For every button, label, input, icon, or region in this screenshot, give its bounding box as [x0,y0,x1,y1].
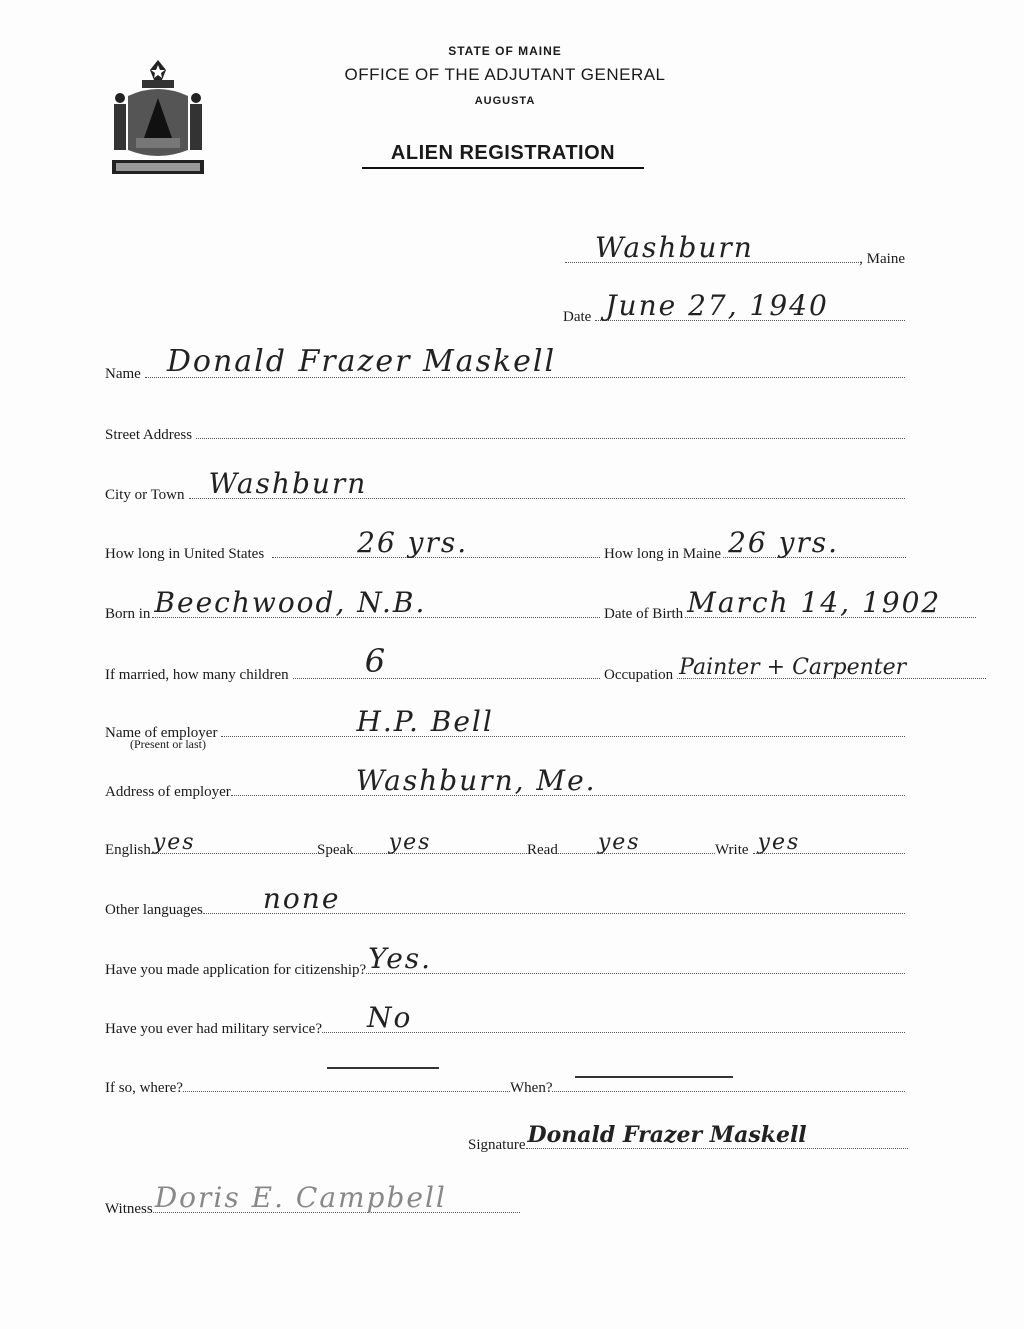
read-label: Read [527,842,558,859]
place-value: Washburn [595,231,754,264]
employer-address-value: Washburn, Me. [356,764,597,797]
occupation-field[interactable]: Occupation Painter + Carpenter [604,658,986,684]
military-service-value: No [367,1001,412,1034]
english-field[interactable]: English yes [105,833,317,859]
city-value: Washburn [209,467,368,500]
date-value: June 27, 1940 [605,289,828,322]
other-languages-label: Other languages [105,902,203,919]
citizenship-field[interactable]: Have you made application for citizenshi… [105,953,905,979]
place-suffix: , Maine [859,251,905,268]
date-label: Date [563,309,591,326]
english-value: yes [153,830,196,855]
when-dash-mark [575,1076,733,1078]
born-in-label: Born in [105,606,150,623]
name-label: Name [105,366,141,383]
other-languages-value: none [263,882,341,915]
employer-address-label: Address of employer [105,784,231,801]
employer-name-sublabel: (Present or last) [130,737,206,752]
speak-field[interactable]: Speak yes [317,833,527,859]
other-languages-field[interactable]: Other languages none [105,893,905,919]
where-dash-mark [327,1067,439,1069]
occupation-label: Occupation [604,667,673,684]
employer-address-field[interactable]: Address of employer Washburn, Me. [105,775,905,801]
witness-field[interactable]: Witness Doris E. Campbell [105,1192,520,1218]
born-in-field[interactable]: Born in Beechwood, N.B. [105,597,600,623]
name-value: Donald Frazer Maskell [167,344,556,379]
date-field[interactable]: Date June 27, 1940 [563,300,905,326]
street-address-field[interactable]: Street Address [105,418,905,444]
signature-value: Donald Frazer Maskell [528,1122,807,1148]
how-long-maine-label: How long in Maine [604,546,721,563]
signature-label: Signature [468,1137,526,1154]
employer-name-value: H.P. Bell [356,705,493,738]
witness-label: Witness [105,1201,153,1218]
write-value: yes [758,830,801,855]
city-label: City or Town [105,487,185,504]
city-field[interactable]: City or Town Washburn [105,478,905,504]
when-field[interactable]: When? [510,1071,905,1097]
how-long-maine-value: 26 yrs. [728,526,839,559]
signature-field[interactable]: Signature Donald Frazer Maskell [468,1128,908,1154]
date-of-birth-value: March 14, 1902 [687,586,941,619]
employer-name-field[interactable]: Name of employer H.P. Bell [105,716,905,742]
occupation-value: Painter + Carpenter [679,655,906,680]
date-of-birth-label: Date of Birth [604,606,683,623]
maine-state-seal-icon [106,58,210,184]
children-label: If married, how many children [105,667,289,684]
speak-label: Speak [317,842,354,859]
how-long-maine-field[interactable]: How long in Maine 26 yrs. [604,537,906,563]
born-in-value: Beechwood, N.B. [154,586,426,619]
military-service-field[interactable]: Have you ever had military service? No [105,1012,905,1038]
write-field[interactable]: Write yes [715,833,905,859]
children-value: 6 [365,642,387,680]
header-city: AUGUSTA [430,95,580,107]
street-address-label: Street Address [105,427,192,444]
header-office: OFFICE OF THE ADJUTANT GENERAL [320,65,690,85]
name-field[interactable]: Name Donald Frazer Maskell [105,357,905,383]
english-label: English [105,842,151,859]
date-of-birth-field[interactable]: Date of Birth March 14, 1902 [604,597,976,623]
children-field[interactable]: If married, how many children 6 [105,658,600,684]
when-label: When? [510,1080,552,1097]
how-long-us-label: How long in United States [105,546,264,563]
citizenship-label: Have you made application for citizenshi… [105,962,366,979]
witness-value: Doris E. Campbell [155,1181,447,1214]
how-long-us-value: 26 yrs. [357,526,468,559]
military-service-label: Have you ever had military service? [105,1021,322,1038]
citizenship-value: Yes. [368,942,432,975]
where-label: If so, where? [105,1080,183,1097]
read-field[interactable]: Read yes [527,833,715,859]
speak-value: yes [389,830,432,855]
header-state: STATE OF MAINE [380,44,630,58]
place-field[interactable]: Washburn , Maine [565,242,905,268]
where-field[interactable]: If so, where? [105,1071,510,1097]
how-long-us-field[interactable]: How long in United States 26 yrs. [105,537,600,563]
write-label: Write [715,842,749,859]
read-value: yes [598,830,641,855]
form-title: ALIEN REGISTRATION [362,142,644,169]
